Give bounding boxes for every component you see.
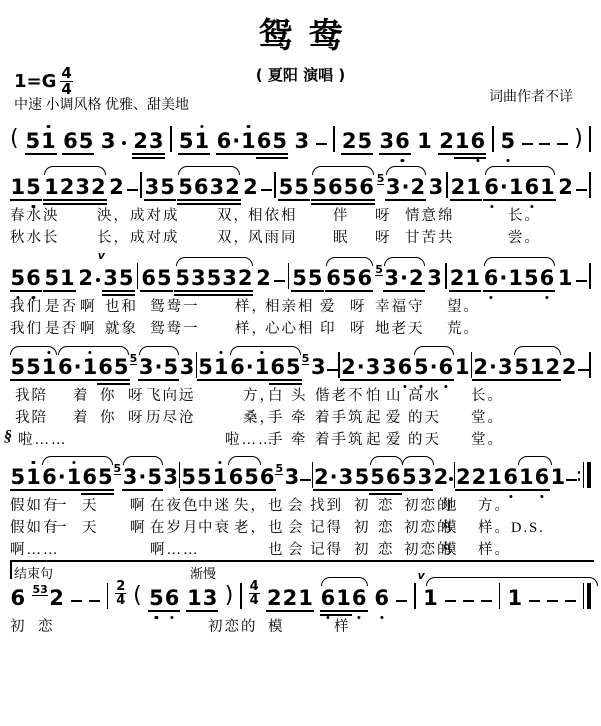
note-char: 5 — [523, 268, 539, 289]
barline — [492, 126, 494, 152]
note-chars: 1v — [423, 588, 439, 609]
note-group: 65 — [141, 268, 172, 289]
note-char: 5 — [341, 268, 357, 289]
note-chars: 3 — [179, 357, 195, 378]
lyric-cluster: 长， — [97, 226, 130, 247]
note-chars: 65 — [141, 268, 172, 289]
lyric-cluster: 甘苦共 — [405, 226, 455, 247]
note-chars: 3·5 — [138, 357, 178, 378]
note-char: 2 — [471, 467, 487, 488]
note-chars: 556 — [354, 467, 401, 488]
duration-dash — [89, 600, 100, 602]
underline — [282, 610, 299, 612]
note-char: 2 — [456, 467, 472, 488]
underline — [351, 610, 368, 612]
underline — [518, 489, 535, 491]
underline — [325, 290, 342, 292]
barline — [140, 172, 142, 198]
lyric-cluster: 记得 — [310, 538, 343, 559]
grace-note: 5 — [377, 173, 385, 185]
lyric-cluster: 情意绵 — [405, 204, 455, 225]
underline — [335, 610, 352, 612]
underline — [524, 199, 541, 201]
barline — [333, 126, 335, 152]
lyric-cluster: 啊…… — [10, 538, 60, 559]
slur-arc — [402, 456, 434, 465]
duration-dash — [396, 600, 407, 602]
note-chars: 3·2 — [385, 177, 425, 198]
lyric-row: 假如有一天啊在夜色中迷失，也会找到初恋初恋的地方。 — [10, 494, 591, 516]
note-char: 2 — [439, 131, 455, 152]
note-chars: 53 — [401, 467, 432, 488]
duration-dash — [463, 600, 474, 602]
slur-arc — [228, 456, 261, 465]
time-signature: 24 — [115, 580, 126, 608]
underline — [97, 379, 114, 381]
lyric-cluster: 呀 — [128, 406, 145, 427]
note-char: 3 — [179, 357, 195, 378]
note-char: 5 — [175, 268, 191, 289]
underline — [338, 489, 355, 491]
lyric-cluster: 成对成 — [130, 204, 180, 225]
note-chars: 5 — [500, 131, 516, 152]
underline — [82, 379, 99, 381]
note-char: 2 — [341, 357, 357, 378]
tie-arc — [426, 577, 598, 586]
underline — [397, 379, 414, 381]
author-credit: 词曲作者不详 — [489, 86, 573, 106]
lyric-cluster: 啊 — [80, 295, 97, 316]
note-chars: 3 — [294, 131, 310, 152]
note-chars: 2 — [78, 268, 94, 289]
note-group: 1 — [557, 268, 573, 289]
note-char: 1 — [540, 177, 556, 198]
underline — [354, 489, 371, 491]
note-chars: 3 — [100, 131, 116, 152]
note-char: 3 — [138, 357, 154, 378]
note-char: 1 — [82, 357, 98, 378]
note-char: 1 — [518, 467, 534, 488]
note-char: 1 — [298, 588, 314, 609]
score-system-6: 653224(5613)4422161661v1 初恋初恋的模样 — [10, 565, 591, 637]
note-group: 53·2 — [375, 268, 424, 289]
underline — [243, 489, 260, 491]
note-group: 53·5 — [114, 467, 163, 488]
note-group: 35 — [144, 177, 175, 198]
underline — [10, 489, 27, 491]
note-char: 3 — [385, 177, 401, 198]
note-char: 1 — [508, 177, 524, 198]
note-group: 53532 — [175, 268, 253, 289]
repeat-dots — [578, 471, 581, 481]
underline — [341, 290, 358, 292]
note-chars: 53532 — [175, 268, 253, 289]
lyric-cluster: 是否 — [45, 295, 78, 316]
duration-dash — [522, 143, 533, 145]
lyric-cluster: 我陪 — [15, 384, 48, 405]
underline — [293, 199, 310, 201]
lyric-cluster: 在岁月 — [150, 516, 200, 537]
note-char: 5 — [25, 131, 41, 152]
note-char: 5 — [178, 131, 194, 152]
note-char: 6 — [385, 467, 401, 488]
underline — [138, 379, 155, 381]
lyric-row: 我陪着你呀飞向远方，白头偕老不怕山高水长。 — [10, 384, 591, 406]
barline — [274, 172, 276, 198]
lyric-cluster: 爱 — [386, 406, 403, 427]
note-chars: 13 — [187, 588, 218, 609]
underline — [539, 199, 556, 201]
note-chars: 51 — [10, 467, 41, 488]
underline — [190, 290, 207, 292]
note-group: 551 — [181, 467, 228, 488]
note-group: 65 — [63, 131, 94, 152]
duration-dash — [481, 600, 492, 602]
note-char: 3 — [148, 131, 164, 152]
note-group: 532 — [32, 588, 64, 609]
note-group: 2·3 — [341, 357, 381, 378]
underline — [340, 379, 357, 381]
note-char: 2 — [49, 588, 65, 609]
slur-arc — [123, 456, 164, 465]
lyric-cluster: 长。 — [471, 384, 504, 405]
note-group: 5·6 — [413, 357, 453, 378]
slur-arc — [230, 346, 301, 355]
note-char: 5 — [206, 268, 222, 289]
duration-dash — [327, 369, 338, 371]
grace-note: 5 — [302, 353, 310, 365]
octave-dot-above — [247, 125, 250, 128]
underline — [25, 199, 42, 201]
note-group: 53·2 — [377, 177, 426, 198]
note-chars: 216 — [439, 131, 486, 152]
duration-dash — [566, 479, 577, 481]
underline — [497, 379, 514, 381]
note-chars: 656 — [326, 268, 373, 289]
note-char: 5 — [307, 268, 323, 289]
note-char: 6 — [326, 268, 342, 289]
note-group: 2 — [243, 177, 259, 198]
underline — [177, 199, 194, 201]
note-char: 6 — [270, 357, 286, 378]
lyric-cluster: 样。 — [478, 538, 511, 559]
underline — [417, 489, 434, 491]
lyric-cluster: 样， — [235, 295, 268, 316]
note-char: · — [245, 357, 254, 378]
underline — [545, 379, 562, 381]
note-group: 6·165 — [42, 467, 113, 488]
note-char: · — [401, 177, 410, 198]
note-char: 6 — [230, 357, 246, 378]
barline — [414, 583, 416, 609]
note-char: 2 — [59, 177, 75, 198]
note-char: 5 — [26, 177, 42, 198]
lyric-row: 春水泱泱，成对成双，相依相伴呀情意绵长。 — [10, 204, 591, 226]
note-chars: 36 — [379, 131, 410, 152]
note-group: 2 — [433, 467, 449, 488]
note-char: 2 — [558, 177, 574, 198]
note-char: 6 — [259, 467, 275, 488]
note-char: 3 — [190, 268, 206, 289]
note-group: 1 — [454, 357, 470, 378]
note-group: 6·165 — [216, 131, 287, 152]
underline — [118, 290, 135, 292]
note-char: 6 — [374, 588, 390, 609]
note-group: 56 — [10, 268, 41, 289]
underline — [410, 199, 427, 201]
note-char: 3 — [497, 357, 513, 378]
slur-arc — [10, 346, 57, 355]
note-chars: 51 — [25, 131, 56, 152]
note-chars: 3 — [310, 357, 326, 378]
score-system-3: 5651235v655353225565653·23216·1561 我们是否啊… — [10, 245, 591, 339]
note-char: 5 — [149, 588, 165, 609]
note-char: 1 — [41, 357, 57, 378]
note-char: 5 — [26, 357, 42, 378]
note-char: 1 — [550, 467, 566, 488]
slur-arc — [414, 346, 455, 355]
lyric-cluster: 初 — [10, 615, 27, 636]
slur-arc — [176, 257, 253, 266]
lyrics-block: 初恋初恋的模样 — [10, 615, 591, 637]
note-chars: 5656 — [312, 177, 375, 198]
underline — [381, 379, 398, 381]
note-group: 2 — [78, 268, 94, 289]
underline — [202, 610, 219, 612]
note-group: 1 — [550, 467, 566, 488]
note-char: 6 — [141, 268, 157, 289]
note-chars: 3 — [163, 467, 179, 488]
notes-row: 1512322355632255565653·23216·1612 — [10, 154, 591, 198]
lyric-row: 啊……啊……也会记得初恋初恋的模样。 — [10, 538, 591, 560]
underline — [483, 199, 500, 201]
duration-dash — [539, 143, 550, 145]
underline — [311, 199, 328, 201]
underline — [10, 290, 27, 292]
note-chars: 51 — [44, 268, 75, 289]
note-group: 23 — [133, 131, 164, 152]
duration-dash — [576, 189, 587, 191]
note-chars: 1 — [557, 268, 573, 289]
barline — [499, 583, 501, 609]
lyric-cluster: 着手筑 — [315, 406, 365, 427]
note-char: 1 — [557, 268, 573, 289]
note-chars: 56 — [149, 588, 180, 609]
breath-mark: v — [98, 249, 105, 262]
note-group: 6 — [374, 588, 390, 609]
lyric-cluster: 着 — [73, 406, 90, 427]
lyric-cluster: 相亲相 — [265, 295, 315, 316]
note-group: 13 — [187, 588, 218, 609]
note-char: 5 — [10, 268, 26, 289]
note-char: 3 — [294, 131, 310, 152]
duration-dash — [261, 189, 272, 191]
score-system-5: 516·16553·53551656532·35565322216161 假如有… — [10, 444, 591, 560]
underline — [408, 290, 425, 292]
slur-arc — [58, 346, 129, 355]
underline — [212, 489, 229, 491]
underline — [224, 199, 241, 201]
note-char: 1 — [26, 467, 42, 488]
note-char: 5 — [292, 268, 308, 289]
song-title: 鸳鸯 — [0, 8, 601, 57]
slur-arc — [44, 166, 106, 175]
note-char: 5 — [244, 467, 260, 488]
note-char: · — [429, 357, 438, 378]
lyric-cluster: 幸福守 — [375, 295, 425, 316]
note-group: 1v — [423, 588, 439, 609]
underline — [25, 489, 42, 491]
note-char: 5 — [370, 467, 386, 488]
note-char: 6 — [98, 357, 114, 378]
note-group: 53 — [302, 357, 326, 378]
note-char: 1 — [187, 588, 203, 609]
note-chars: 2·3 — [341, 357, 381, 378]
lyric-cluster: 一 — [52, 516, 69, 537]
underline — [180, 489, 197, 491]
lyric-cluster: 历尽沧 — [146, 406, 196, 427]
duration-dash — [71, 600, 82, 602]
note-chars: 6·156 — [483, 268, 554, 289]
lyric-cluster: 呀 — [375, 226, 392, 247]
paren: ( — [10, 128, 19, 150]
underline — [81, 489, 98, 491]
note-char: 1 — [60, 268, 76, 289]
underline — [327, 199, 344, 201]
lyric-cluster: 你 — [100, 384, 117, 405]
lyric-cluster: 秋水 — [10, 226, 43, 247]
note-group: 5656 — [312, 177, 375, 198]
note-group: 2 — [561, 357, 577, 378]
note-char: 5 — [286, 357, 302, 378]
note-char: 1 — [507, 588, 523, 609]
lyric-cluster: 啊 — [130, 516, 147, 537]
underline — [59, 199, 76, 201]
note-group: 512 — [514, 357, 561, 378]
lyric-cluster: 模 — [268, 615, 285, 636]
note-group: 3 — [179, 357, 195, 378]
lyric-cluster: 方。 — [478, 494, 511, 515]
lyric-cluster: 风雨同 — [248, 226, 298, 247]
note-group: 51 — [25, 131, 56, 152]
underline — [43, 290, 60, 292]
lyric-cluster: 样。D.S. — [478, 516, 545, 537]
note-char: 1 — [194, 131, 210, 152]
note-char: 6 — [82, 467, 98, 488]
note-chars: 1 — [454, 357, 470, 378]
note-char: 6 — [397, 357, 413, 378]
lyric-cluster: 也和 — [105, 295, 138, 316]
note-char: 2 — [433, 467, 449, 488]
note-char: 5 — [198, 357, 214, 378]
note-chars: 1 — [550, 467, 566, 488]
note-chars: 25 — [341, 131, 372, 152]
note-char: 1 — [254, 357, 270, 378]
lyric-cluster: 呀 — [350, 295, 367, 316]
lyric-cluster: 会 — [288, 538, 305, 559]
underline — [140, 290, 157, 292]
note-char: 3 — [427, 268, 443, 289]
lyrics-block: 春水泱泱，成对成双，相依相伴呀情意绵长。秋水长长，成对成双，风雨同眠呀甘苦共尝。 — [10, 204, 591, 248]
note-char: 1 — [213, 357, 229, 378]
slur-arc — [178, 166, 240, 175]
lyric-cluster: 泱， — [97, 204, 130, 225]
note-chars: 5·6 — [413, 357, 453, 378]
underline — [297, 610, 314, 612]
lyric-cluster: 恋 — [378, 538, 395, 559]
note-group: 21 — [449, 268, 480, 289]
note-chars: 51 — [178, 131, 209, 152]
note-char: · — [488, 357, 497, 378]
note-group: 3 — [428, 177, 444, 198]
underline — [465, 199, 482, 201]
note-group: 53 — [275, 467, 299, 488]
note-char: 3 — [417, 467, 433, 488]
note-char: · — [356, 357, 365, 378]
underline — [266, 610, 283, 612]
lyric-cluster: 也 — [268, 516, 285, 537]
underline — [197, 379, 214, 381]
note-char: 6 — [357, 268, 373, 289]
note-char: 2 — [266, 588, 282, 609]
note-group: 556 — [354, 467, 401, 488]
duration-dash — [565, 600, 576, 602]
score-system-1: (5165323516·1653253612165) — [10, 108, 591, 158]
notes-row: (5165323516·1653253612165) — [10, 108, 591, 152]
lyric-cluster: 一 — [52, 494, 69, 515]
note-chars: 2·3 — [314, 467, 354, 488]
grace-note: 5 — [114, 463, 122, 475]
note-char: 1 — [41, 131, 57, 152]
note-group: 216 — [439, 131, 486, 152]
note-chars: 2 — [109, 177, 125, 198]
note-chars: 6 — [374, 588, 390, 609]
note-chars: 2 — [256, 268, 272, 289]
paren: ) — [225, 585, 234, 607]
barline — [107, 583, 109, 609]
lyric-cluster: 找到 — [310, 494, 343, 515]
underline — [529, 379, 546, 381]
note-chars: 551 — [10, 357, 57, 378]
note-group: 51 — [44, 268, 75, 289]
note-char: 5 — [163, 357, 179, 378]
lyric-cluster: 泱 — [43, 204, 60, 225]
lyric-cluster: 失， — [234, 494, 267, 515]
note-char: 5 — [147, 467, 163, 488]
underline — [196, 489, 213, 491]
lyric-cluster: 模 — [442, 538, 459, 559]
note-char: 6 — [359, 177, 375, 198]
note-char: · — [499, 268, 508, 289]
note-char: 2 — [109, 177, 125, 198]
lyric-cluster: 的天 — [408, 406, 441, 427]
barline — [445, 263, 447, 289]
note-char: · — [499, 177, 508, 198]
duration-dash — [127, 189, 138, 191]
note-char: 5 — [160, 177, 176, 198]
note-char: 5 — [78, 131, 94, 152]
note-char: 2 — [545, 357, 561, 378]
lyric-cluster: 成对成 — [130, 226, 180, 247]
underline — [59, 290, 76, 292]
note-chars: 65 — [63, 131, 94, 152]
lyric-cluster: 高水 — [408, 384, 441, 405]
note-char: 5 — [10, 357, 26, 378]
underline — [221, 290, 238, 292]
note-char: 3 — [365, 357, 381, 378]
underline — [209, 199, 226, 201]
time-signature: 44 — [249, 580, 260, 608]
